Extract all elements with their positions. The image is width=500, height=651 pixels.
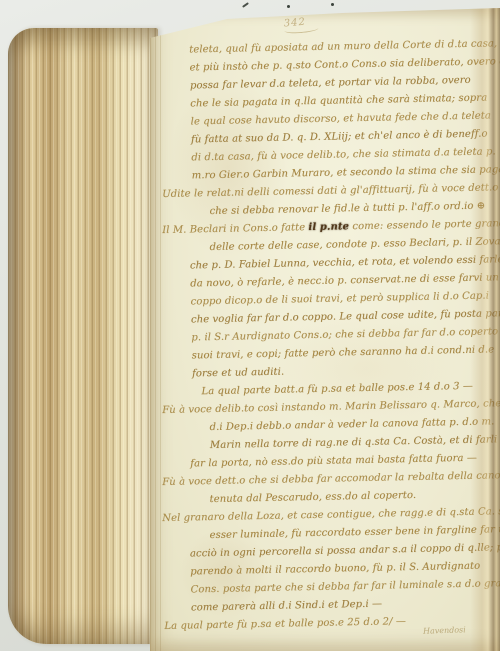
- text-segment: come parerà alli d.i Sind.i et Dep.i —: [191, 599, 382, 614]
- text-segment: parendo à molti il raccordo buono, fù p.…: [190, 561, 480, 578]
- text-segment: le qual cose havuto discorso, et havuta …: [190, 110, 491, 127]
- folio-number-text: 342: [283, 17, 306, 30]
- book-page-edges: [8, 28, 158, 644]
- photo-background: 342 teleta, qual fù aposiata ad un muro …: [0, 0, 500, 651]
- text-segment: d.i Dep.i debb.o andar à veder la canova…: [209, 416, 494, 433]
- text-segment: delle corte delle case, condote p. esso …: [209, 236, 500, 253]
- text-segment: far la porta, nò ess.do più stata mai ba…: [190, 453, 477, 470]
- text-segment: et più instò che p. q.sto Cont.o Cons.o …: [189, 56, 500, 74]
- text-segment: di d.ta casa, fù à voce delib.to, che si…: [191, 146, 496, 163]
- paragraph: Il M. Beclari in Cons.o fatte il p.nte c…: [162, 215, 500, 402]
- catchword: Havendosi: [423, 625, 466, 635]
- paragraph: Fù à voce delib.to così instando m. Mari…: [162, 395, 500, 474]
- text-segment: suoi travi, e copi; fatte però che saran…: [192, 344, 495, 361]
- text-segment: che voglia far far d.o coppo. Le qual co…: [191, 308, 500, 325]
- text-segment: forse et ud auditi.: [192, 367, 284, 380]
- text-segment: fù fatta at suo da D. q. D. XLiij; et ch…: [191, 128, 488, 145]
- manuscript-page: 342 teleta, qual fù aposiata ad un muro …: [150, 8, 500, 651]
- text-segment: Cons. posta parte che si debba far far i…: [190, 578, 500, 596]
- text-segment: che p. D. Fabiel Lunna, vecchia, et rota…: [190, 254, 500, 271]
- text-segment: esser luminale, fù raccordato esser bene…: [209, 524, 500, 541]
- text-segment: La qual parte batt.a fù p.sa et balle po…: [201, 381, 473, 397]
- gutter-shadow: [470, 8, 500, 651]
- folio-number: 342: [283, 16, 318, 35]
- text-segment: p. il S.r Aurdignato Cons.o; che si debb…: [191, 326, 500, 344]
- paragraph: Nel granaro della Loza, et case contigue…: [162, 503, 500, 636]
- text-segment: da novo, ò refarle, è necc.io p. conserv…: [190, 272, 499, 289]
- text-segment: che si debba renovar le fid.le à tutti p…: [209, 201, 485, 218]
- dust-speck: [242, 2, 249, 8]
- text-segment: m.ro Gier.o Garbin Muraro, et secondo la…: [192, 164, 500, 182]
- text-segment: Il M. Beclari in Cons.o fatte: [162, 222, 309, 236]
- manuscript-text: teleta, qual fù aposiata ad un muro dell…: [162, 42, 500, 636]
- paragraph: teleta, qual fù aposiata ad un muro dell…: [162, 35, 500, 186]
- text-segment: Fù à voce dett.o che si debba far accomo…: [162, 470, 500, 488]
- text-segment: teleta, qual fù aposiata ad un muro dell…: [189, 38, 497, 55]
- text-segment: possa far levar d.a teleta, et portar vi…: [190, 75, 471, 92]
- dust-speck: [287, 5, 290, 8]
- ink-blot-word: il p.nte: [308, 221, 349, 233]
- text-segment: che le sia pagata in q.lla quantità che …: [190, 92, 487, 109]
- text-segment: acciò in ogni percorella si possa andar …: [190, 542, 500, 560]
- text-segment: tenuta dal Pescarudo, ess.do al coperto.: [209, 490, 416, 505]
- dust-speck: [331, 3, 334, 6]
- text-segment: Marin nella torre di rag.ne di q.sta Ca.…: [210, 434, 498, 451]
- text-segment: coppo dicop.o de li suoi travi, et però …: [190, 290, 489, 307]
- text-segment: La qual parte fù p.sa et balle pos.e 25 …: [164, 616, 406, 632]
